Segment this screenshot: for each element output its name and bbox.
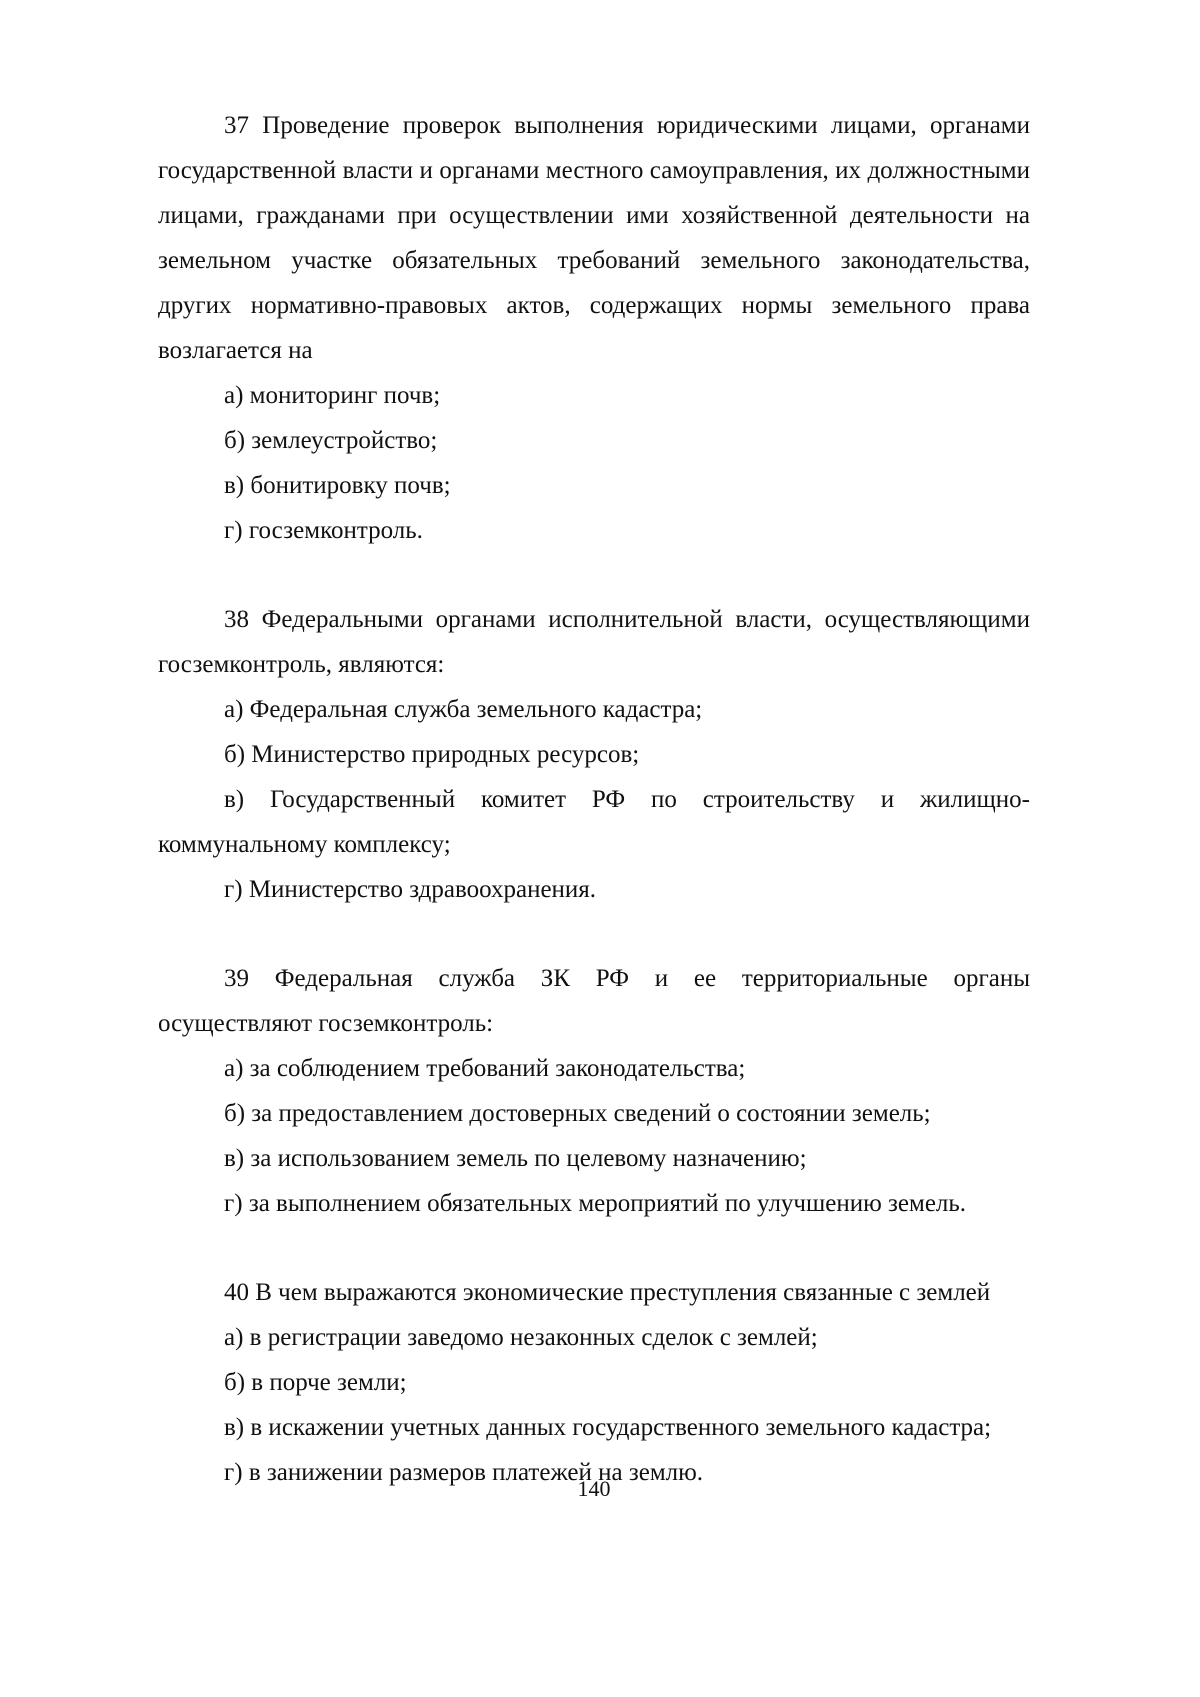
document-page: 37 Проведение проверок выполнения юридич…	[158, 103, 1030, 1495]
question-stem: 37 Проведение проверок выполнения юридич…	[158, 103, 1030, 373]
answer-option-a: а) Федеральная служба земельного кадастр…	[158, 687, 1030, 732]
question-38: 38 Федеральными органами исполнительной …	[158, 597, 1030, 912]
answer-options: а) в регистрации заведомо незаконных сде…	[158, 1315, 1030, 1495]
answer-option-c: в) за использованием земель по целевому …	[158, 1136, 1030, 1181]
answer-options: а) Федеральная служба земельного кадастр…	[158, 687, 1030, 912]
answer-option-c: в) бонитировку почв;	[158, 463, 1030, 508]
question-stem: 40 В чем выражаются экономические престу…	[158, 1270, 1030, 1315]
page-number: 140	[0, 1474, 1188, 1504]
question-37: 37 Проведение проверок выполнения юридич…	[158, 103, 1030, 553]
answer-option-a: а) в регистрации заведомо незаконных сде…	[158, 1315, 1030, 1360]
answer-option-d: г) за выполнением обязательных мероприят…	[158, 1181, 1030, 1226]
answer-option-b: б) Министерство природных ресурсов;	[158, 732, 1030, 777]
question-stem: 39 Федеральная служба ЗК РФ и ее террито…	[158, 956, 1030, 1046]
answer-option-b: б) землеустройство;	[158, 418, 1030, 463]
answer-options: а) мониторинг почв; б) землеустройство; …	[158, 373, 1030, 553]
answer-option-a: а) мониторинг почв;	[158, 373, 1030, 418]
answer-option-b: б) в порче земли;	[158, 1360, 1030, 1405]
answer-option-d: г) госземконтроль.	[158, 508, 1030, 553]
question-39: 39 Федеральная служба ЗК РФ и ее террито…	[158, 956, 1030, 1226]
answer-option-c: в) в искажении учетных данных государств…	[158, 1405, 1030, 1450]
question-40: 40 В чем выражаются экономические престу…	[158, 1270, 1030, 1495]
answer-option-d: г) Министерство здравоохранения.	[158, 867, 1030, 912]
answer-option-c: в) Государственный комитет РФ по строите…	[158, 777, 1030, 867]
answer-option-b: б) за предоставлением достоверных сведен…	[158, 1091, 1030, 1136]
answer-option-a: а) за соблюдением требований законодател…	[158, 1046, 1030, 1091]
question-stem: 38 Федеральными органами исполнительной …	[158, 597, 1030, 687]
answer-options: а) за соблюдением требований законодател…	[158, 1046, 1030, 1226]
